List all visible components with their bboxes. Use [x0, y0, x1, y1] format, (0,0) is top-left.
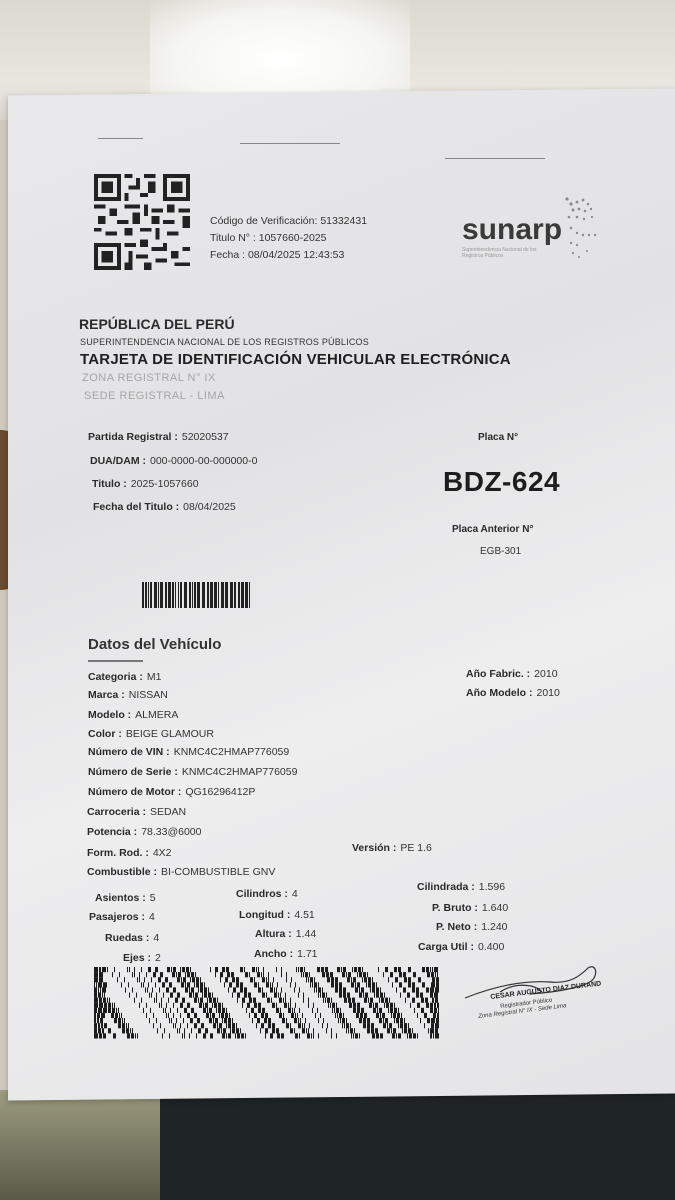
sunarp-subtitle: Superintendencia Nacional de los Registr… — [462, 247, 542, 259]
field-anio-modelo: Año Modelo :2010 — [466, 687, 560, 699]
field-color: Color :BEIGE GLAMOUR — [88, 728, 214, 740]
dua-dam: DUA/DAM :000-0000-00-000000-0 — [90, 455, 257, 467]
field-p-bruto: P. Bruto :1.640 — [432, 902, 508, 914]
field-longitud: Longitud :4.51 — [239, 909, 315, 921]
field-potencia: Potencia :78.33@6000 — [87, 826, 201, 838]
plate-label: Placa N° — [478, 432, 518, 443]
field-anio-fabric: Año Fabric. :2010 — [466, 668, 558, 680]
field-form-rod: Form. Rod. :4X2 — [87, 847, 172, 859]
sunarp-dots-icon — [557, 195, 612, 270]
field-version: Versión :PE 1.6 — [352, 842, 432, 854]
field-combustible: Combustible :BI-COMBUSTIBLE GNV — [87, 866, 275, 878]
section-title-vehicle-data: Datos del Vehículo — [88, 636, 221, 653]
field-ejes: Ejes :2 — [123, 952, 161, 964]
field-modelo: Modelo :ALMERA — [88, 709, 178, 721]
document-title: TARJETA DE IDENTIFICACIÓN VEHICULAR ELEC… — [80, 351, 511, 368]
section-underline — [88, 660, 143, 662]
plate-number: BDZ-624 — [443, 466, 560, 498]
field-pasajeros: Pasajeros :4 — [89, 911, 155, 923]
verification-block: Código de Verificación: 51332431 Titulo … — [210, 213, 367, 264]
field-categoria: Categoria :M1 — [88, 671, 161, 683]
field-cilindros: Cilindros :4 — [236, 888, 298, 900]
registrar-signature: CESAR AUGUSTO DIAZ DURAND Registrador Pú… — [460, 962, 610, 1024]
registry-office: SEDE REGISTRAL - LIMA — [84, 390, 225, 402]
previous-plate-label: Placa Anterior N° — [452, 524, 533, 535]
field-motor: Número de Motor :QG16296412P — [88, 786, 255, 798]
barcode-icon — [142, 582, 250, 608]
titulo: Titulo :2025-1057660 — [92, 478, 199, 490]
field-marca: Marca :NISSAN — [88, 689, 168, 701]
field-cilindrada: Cilindrada :1.596 — [417, 881, 505, 893]
title-number: Titulo N° : 1057660-2025 — [210, 230, 367, 247]
previous-plate-number: EGB-301 — [480, 546, 521, 557]
pdf417-barcode-icon — [94, 967, 439, 1039]
field-serie: Número de Serie :KNMC4C2HMAP776059 — [88, 766, 297, 778]
sunarp-wordmark: sunarp — [462, 213, 562, 247]
field-ancho: Ancho :1.71 — [254, 948, 318, 960]
registry-zone: ZONA REGISTRAL N° IX — [82, 372, 216, 384]
top-rule — [98, 138, 143, 139]
top-rule — [240, 143, 340, 144]
fecha-del-titulo: Fecha del Titulo :08/04/2025 — [93, 501, 236, 513]
partida-registral: Partida Registral :52020537 — [88, 431, 229, 443]
verification-code: Código de Verificación: 51332431 — [210, 213, 367, 230]
sunarp-logo: sunarp Superintendencia Nacional de los … — [462, 195, 612, 270]
qr-code-icon — [94, 172, 190, 272]
country-heading: REPÚBLICA DEL PERÚ — [79, 316, 235, 332]
field-asientos: Asientos :5 — [95, 892, 156, 904]
field-carroceria: Carroceria :SEDAN — [87, 806, 186, 818]
field-altura: Altura :1.44 — [255, 928, 316, 940]
field-carga-util: Carga Util :0.400 — [418, 941, 504, 953]
agency-name: SUPERINTENDENCIA NACIONAL DE LOS REGISTR… — [80, 337, 369, 347]
field-vin: Número de VIN :KNMC4C2HMAP776059 — [88, 746, 289, 758]
field-ruedas: Ruedas :4 — [105, 932, 159, 944]
top-rule — [445, 158, 545, 159]
issue-date: Fecha : 08/04/2025 12:43:53 — [210, 247, 367, 264]
field-p-neto: P. Neto :1.240 — [436, 921, 508, 933]
